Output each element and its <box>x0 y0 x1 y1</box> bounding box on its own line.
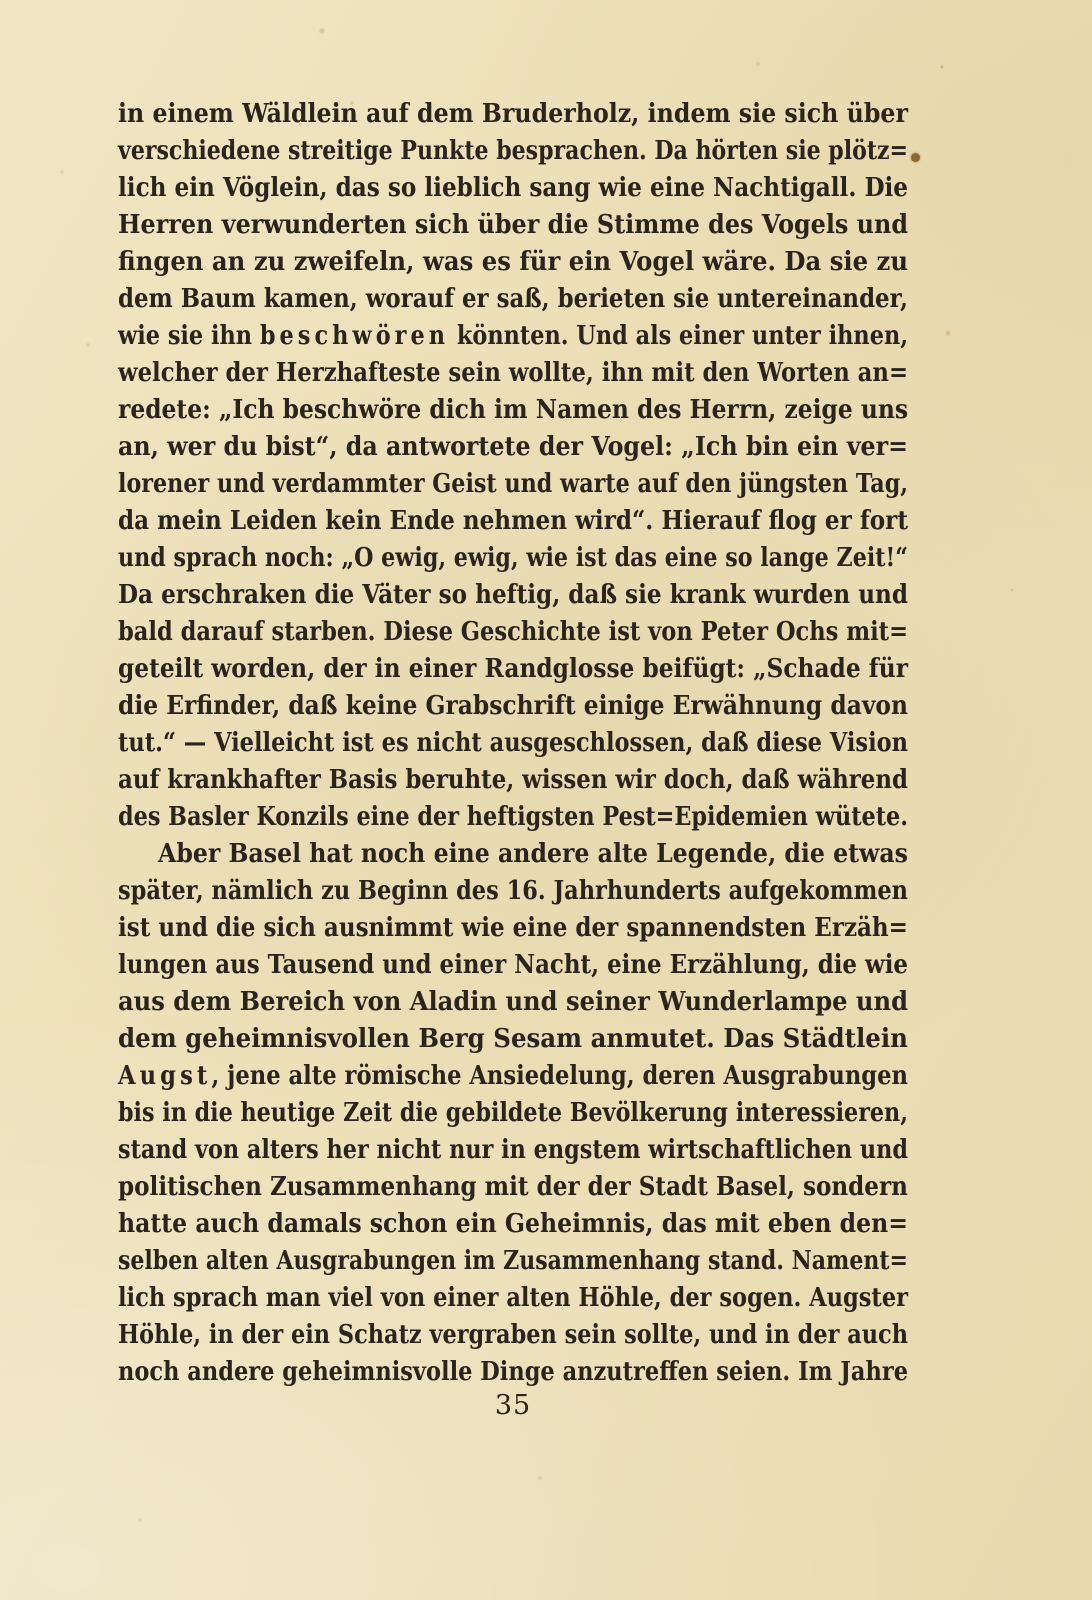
text-line-content: lorener und verdammter Geist und warte a… <box>118 466 908 503</box>
text-line: in einem Wäldlein auf dem Bruderholz, in… <box>118 96 908 133</box>
text-line: Herren verwunderten sich über die Stimme… <box>118 207 908 244</box>
text-line: ist und die sich ausnimmt wie eine der s… <box>118 910 908 947</box>
letterspaced-word: Augst <box>118 1061 211 1091</box>
text-line-content: hatte auch damals schon ein Geheimnis, d… <box>118 1206 908 1243</box>
text-line-content: dem Baum kamen, worauf er saß, berieten … <box>118 281 908 318</box>
text-line-content: lich ein Vöglein, das so lieblich sang w… <box>118 170 908 207</box>
text-line: hatte auch damals schon ein Geheimnis, d… <box>118 1206 908 1243</box>
text-line-content: auf krankhafter Basis beruhte, wissen wi… <box>118 762 908 799</box>
text-line-content: später, nämlich zu Beginn des 16. Jahrhu… <box>118 873 908 910</box>
text-line: bis in die heutige Zeit die gebildete Be… <box>118 1095 908 1132</box>
text-line: die Erfinder, daß keine Grabschrift eini… <box>118 688 908 725</box>
text-line-content: da mein Leiden kein Ende nehmen wird“. H… <box>118 503 908 540</box>
text-line-content: Herren verwunderten sich über die Stimme… <box>118 207 908 244</box>
text-line-content: Höhle, in der ein Schatz vergraben sein … <box>118 1317 908 1354</box>
text-line: später, nämlich zu Beginn des 16. Jahrhu… <box>118 873 908 910</box>
paper-speck <box>911 153 920 162</box>
text-line-content: bald darauf starben. Diese Geschichte is… <box>118 614 908 651</box>
text-line: Augst, jene alte römische Ansiedelung, d… <box>118 1058 908 1095</box>
text-line: bald darauf starben. Diese Geschichte is… <box>118 614 908 651</box>
text-line-content: selben alten Ausgrabungen im Zusammenhan… <box>118 1243 908 1280</box>
text-line-content: Da erschraken die Väter so heftig, daß s… <box>118 577 908 614</box>
text-line-content: tut.“ — Vielleicht ist es nicht ausgesch… <box>118 725 908 762</box>
text-block: in einem Wäldlein auf dem Bruderholz, in… <box>118 96 908 1391</box>
text-line: und sprach noch: „O ewig, ewig, wie ist … <box>118 540 908 577</box>
text-line-content: geteilt worden, der in einer Randglosse … <box>118 651 908 688</box>
text-line-content: dem geheimnisvollen Berg Sesam anmutet. … <box>118 1021 908 1058</box>
text-line: da mein Leiden kein Ende nehmen wird“. H… <box>118 503 908 540</box>
text-line: wie sie ihn beschwören könnten. Und als … <box>118 318 908 355</box>
text-line-content: Aber Basel hat noch eine andere alte Leg… <box>158 836 908 873</box>
text-line: an, wer du bist“, da antwortete der Voge… <box>118 429 908 466</box>
text-line: des Basler Konzils eine der heftigsten P… <box>118 799 908 836</box>
text-line-content: noch andere geheimnisvolle Dinge anzutre… <box>118 1354 908 1391</box>
text-line: verschiedene streitige Punkte besprachen… <box>118 133 908 170</box>
text-line: lorener und verdammter Geist und warte a… <box>118 466 908 503</box>
text-line-content: redete: „Ich beschwöre dich im Namen des… <box>118 392 908 429</box>
text-line: dem Baum kamen, worauf er saß, berieten … <box>118 281 908 318</box>
text-line-content: verschiedene streitige Punkte besprachen… <box>118 133 908 170</box>
text-line: welcher der Herzhafteste sein wollte, ih… <box>118 355 908 392</box>
text-line-content: Augst, jene alte römische Ansiedelung, d… <box>118 1058 908 1095</box>
text-line-content: die Erfinder, daß keine Grabschrift eini… <box>118 688 908 725</box>
text-line: stand von alters her nicht nur in engste… <box>118 1132 908 1169</box>
text-line: tut.“ — Vielleicht ist es nicht ausgesch… <box>118 725 908 762</box>
text-line: redete: „Ich beschwöre dich im Namen des… <box>118 392 908 429</box>
text-line-content: aus dem Bereich von Aladin und seiner Wu… <box>118 984 908 1021</box>
text-line: Da erschraken die Väter so heftig, daß s… <box>118 577 908 614</box>
text-line: lich ein Vöglein, das so lieblich sang w… <box>118 170 908 207</box>
text-line-content: an, wer du bist“, da antwortete der Voge… <box>118 429 908 466</box>
text-line: dem geheimnisvollen Berg Sesam anmutet. … <box>118 1021 908 1058</box>
text-line: Höhle, in der ein Schatz vergraben sein … <box>118 1317 908 1354</box>
text-line: politischen Zusammenhang mit der der Sta… <box>118 1169 908 1206</box>
text-line-content: wie sie ihn beschwören könnten. Und als … <box>118 318 908 355</box>
text-line: geteilt worden, der in einer Randglosse … <box>118 651 908 688</box>
text-line-content: fingen an zu zweifeln, was es für ein Vo… <box>118 244 908 281</box>
page-number: 35 <box>118 1390 908 1421</box>
text-line-content: des Basler Konzils eine der heftigsten P… <box>118 799 908 836</box>
text-line-content: bis in die heutige Zeit die gebildete Be… <box>118 1095 908 1132</box>
text-line: noch andere geheimnisvolle Dinge anzutre… <box>118 1354 908 1391</box>
text-line: aus dem Bereich von Aladin und seiner Wu… <box>118 984 908 1021</box>
letterspaced-word: beschwören <box>260 321 449 351</box>
text-line-content: politischen Zusammenhang mit der der Sta… <box>118 1169 908 1206</box>
text-line-content: ist und die sich ausnimmt wie eine der s… <box>118 910 908 947</box>
text-line: lich sprach man viel von einer alten Höh… <box>118 1280 908 1317</box>
text-line-content: welcher der Herzhafteste sein wollte, ih… <box>118 355 908 392</box>
text-line: lungen aus Tausend und einer Nacht, eine… <box>118 947 908 984</box>
text-line: Aber Basel hat noch eine andere alte Leg… <box>118 836 908 873</box>
text-line-content: in einem Wäldlein auf dem Bruderholz, in… <box>118 96 908 133</box>
text-line-content: und sprach noch: „O ewig, ewig, wie ist … <box>118 540 908 577</box>
text-line: auf krankhafter Basis beruhte, wissen wi… <box>118 762 908 799</box>
page-container: in einem Wäldlein auf dem Bruderholz, in… <box>0 0 1092 1600</box>
text-line-content: stand von alters her nicht nur in engste… <box>118 1132 908 1169</box>
text-line-content: lungen aus Tausend und einer Nacht, eine… <box>118 947 908 984</box>
scanned-book-page: { "page": { "number": "35", "colors": { … <box>0 0 1092 1600</box>
text-line-content: lich sprach man viel von einer alten Höh… <box>118 1280 908 1317</box>
text-line: selben alten Ausgrabungen im Zusammenhan… <box>118 1243 908 1280</box>
text-line: fingen an zu zweifeln, was es für ein Vo… <box>118 244 908 281</box>
